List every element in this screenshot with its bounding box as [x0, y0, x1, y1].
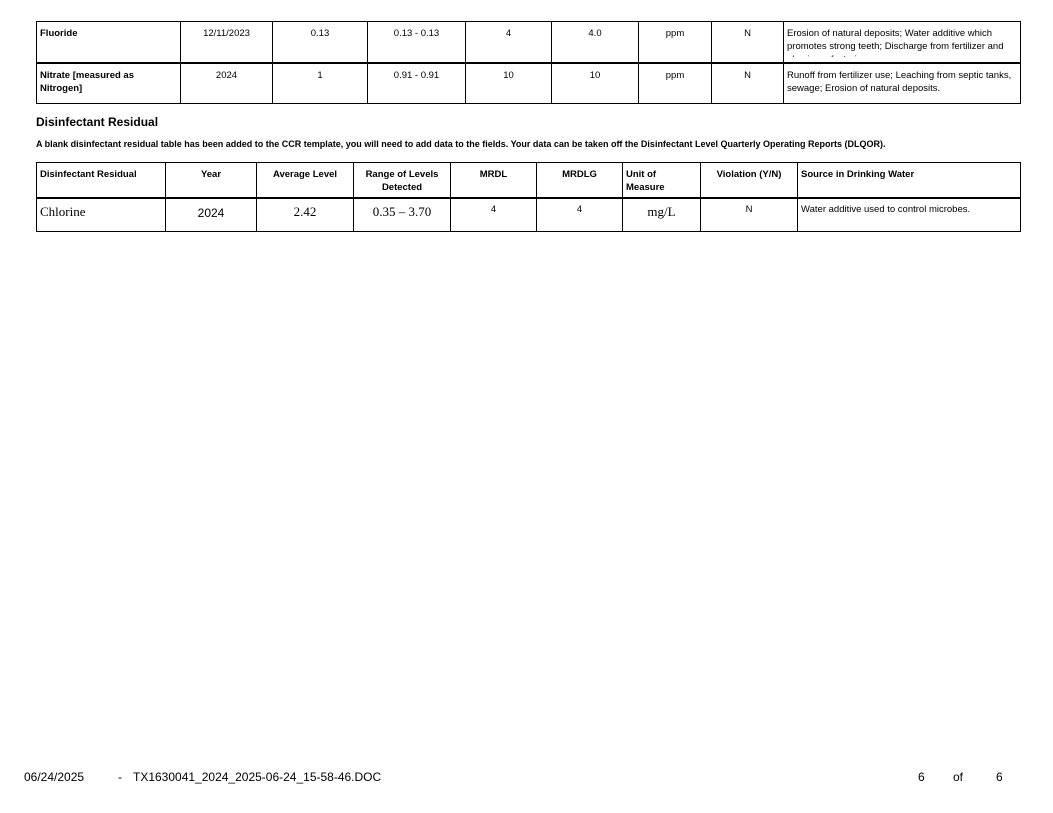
table-row: Chlorine 2024 2.42 0.35 – 3.70 4 4 mg/L … [37, 198, 1021, 231]
unit-of-measure: mg/L [623, 198, 701, 231]
violation: N [712, 63, 784, 104]
mrdl: 4 [451, 198, 537, 231]
section-note: A blank disinfectant residual table has … [36, 139, 885, 149]
average-level: 2.42 [257, 198, 354, 231]
table-row: Nitrate [measured as Nitrogen] 2024 1 0.… [37, 63, 1021, 104]
violation: N [701, 198, 798, 231]
collection-date: 2024 [181, 63, 273, 104]
range-detected: 0.35 – 3.70 [354, 198, 451, 231]
mclg: 10 [466, 63, 552, 104]
contaminant-name: Nitrate [measured as Nitrogen] [37, 63, 181, 104]
footer-total-pages: 6 [996, 770, 1003, 784]
header-average: Average Level [257, 163, 354, 199]
contaminant-table: Fluoride 12/11/2023 0.13 0.13 - 0.13 4 4… [36, 21, 1021, 104]
footer-of-label: of [953, 770, 963, 784]
header-mrdl: MRDL [451, 163, 537, 199]
header-range: Range of Levels Detected [354, 163, 451, 199]
table-row: Fluoride 12/11/2023 0.13 0.13 - 0.13 4 4… [37, 22, 1021, 63]
source-cell: Runoff from fertilizer use; Leaching fro… [784, 63, 1021, 104]
contaminant-name: Fluoride [37, 22, 181, 63]
footer-filename: TX1630041_2024_2025-06-24_15-58-46.DOC [133, 770, 381, 784]
range-detected: 0.91 - 0.91 [368, 63, 466, 104]
header-mrdlg: MRDLG [537, 163, 623, 199]
highest-level: 0.13 [273, 22, 368, 63]
disinfectant-name: Chlorine [37, 198, 166, 231]
source: Water additive used to control microbes. [798, 198, 1021, 231]
year: 2024 [166, 198, 257, 231]
units: ppm [639, 22, 712, 63]
header-unit: Unit of Measure [623, 163, 701, 199]
mcl: 10 [552, 63, 639, 104]
range-detected: 0.13 - 0.13 [368, 22, 466, 63]
header-year: Year [166, 163, 257, 199]
footer-separator: - [118, 770, 122, 784]
section-title: Disinfectant Residual [36, 115, 158, 129]
header-violation: Violation (Y/N) [701, 163, 798, 199]
header-source: Source in Drinking Water [798, 163, 1021, 199]
footer-page-number: 6 [918, 770, 925, 784]
table-header-row: Disinfectant Residual Year Average Level… [37, 163, 1021, 199]
source-cell: Erosion of natural deposits; Water addit… [784, 22, 1021, 63]
highest-level: 1 [273, 63, 368, 104]
collection-date: 12/11/2023 [181, 22, 273, 63]
source-text: Runoff from fertilizer use; Leaching fro… [787, 69, 1017, 99]
disinfectant-table: Disinfectant Residual Year Average Level… [36, 162, 1021, 232]
source-text: Erosion of natural deposits; Water addit… [787, 27, 1017, 57]
mrdlg: 4 [537, 198, 623, 231]
violation: N [712, 22, 784, 63]
header-disinfectant: Disinfectant Residual [37, 163, 166, 199]
units: ppm [639, 63, 712, 104]
footer-date: 06/24/2025 [24, 770, 84, 784]
mcl: 4.0 [552, 22, 639, 63]
mclg: 4 [466, 22, 552, 63]
